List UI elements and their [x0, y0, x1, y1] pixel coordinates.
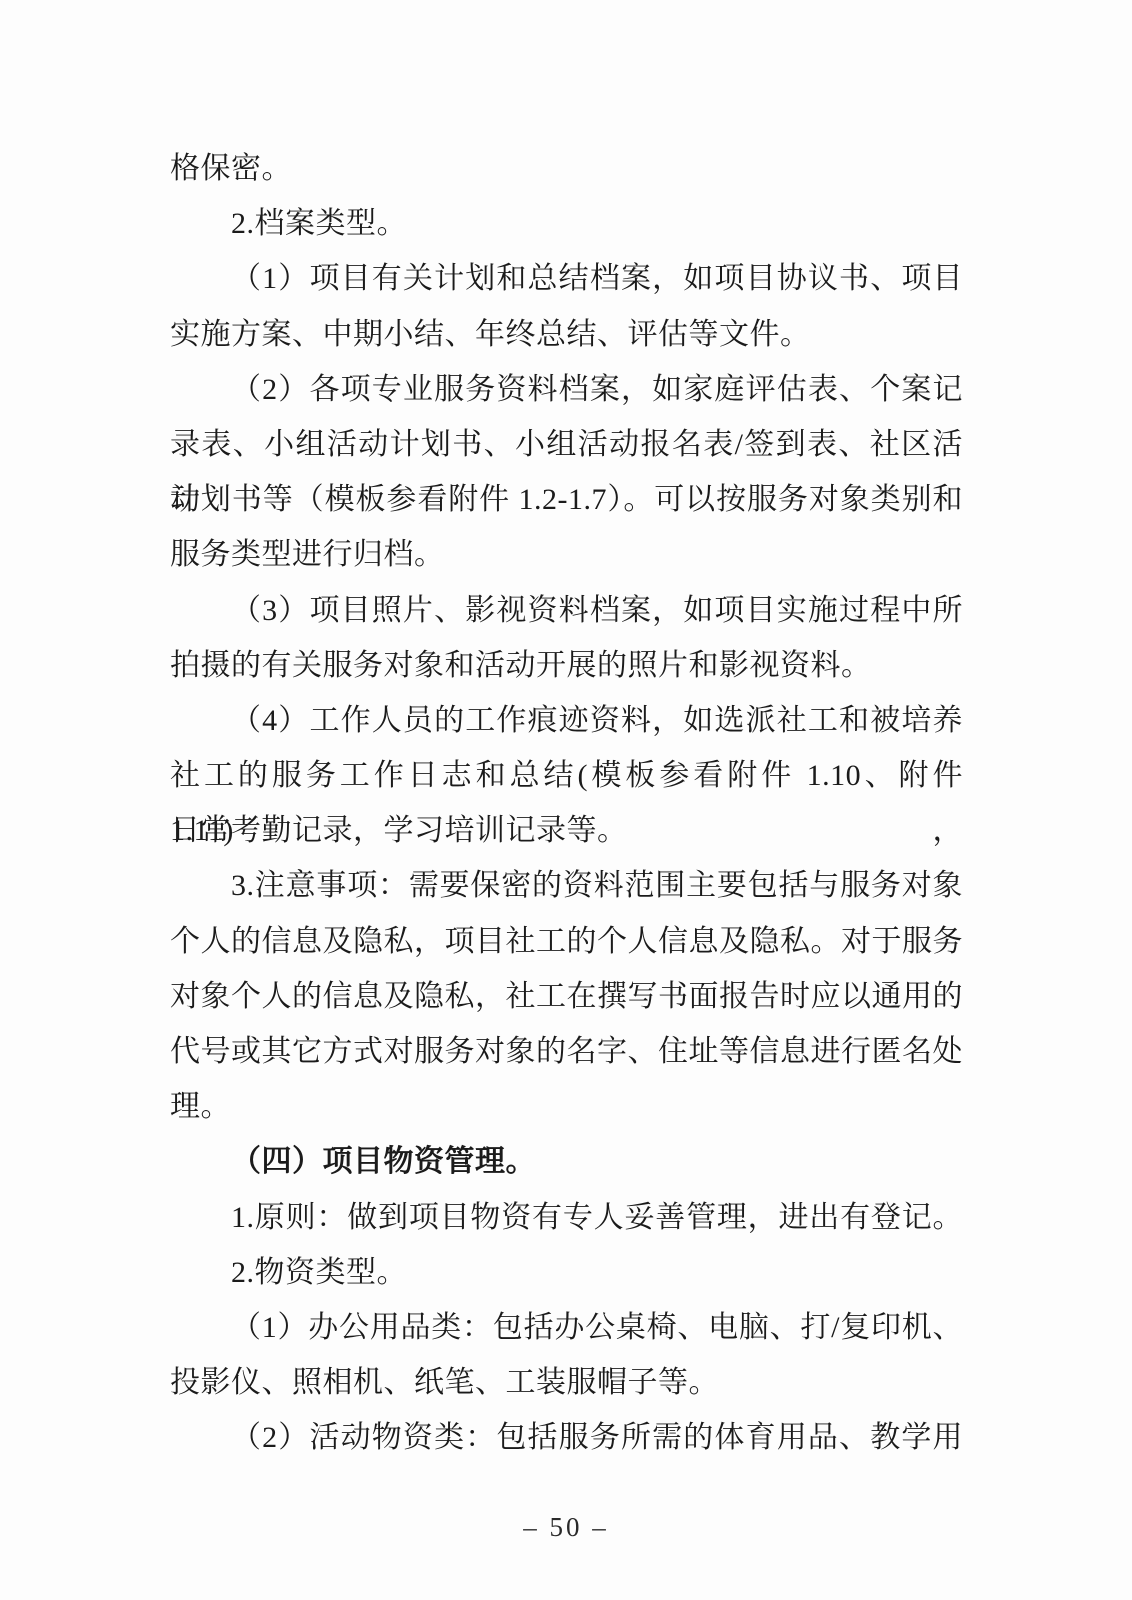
text-line: （四）项目物资管理。: [170, 1134, 963, 1189]
document-page: 格保密。2.档案类型。（1）项目有关计划和总结档案，如项目协议书、项目实施方案、…: [0, 0, 1132, 1600]
text-line: 拍摄的有关服务对象和活动开展的照片和影视资料。: [170, 638, 963, 693]
text-line: （2）各项专业服务资料档案，如家庭评估表、个案记: [170, 362, 963, 417]
text-line: （3）项目照片、影视资料档案，如项目实施过程中所: [170, 583, 963, 638]
text-line: （4）工作人员的工作痕迹资料，如选派社工和被培养: [170, 693, 963, 748]
text-line: （1）项目有关计划和总结档案，如项目协议书、项目: [170, 251, 963, 306]
text-line: 个人的信息及隐私，项目社工的个人信息及隐私。对于服务: [170, 914, 963, 969]
text-line: （2）活动物资类：包括服务所需的体育用品、教学用: [170, 1410, 963, 1465]
text-line: 录表、小组活动计划书、小组活动报名表/签到表、社区活动: [170, 417, 963, 472]
text-line: 代号或其它方式对服务对象的名字、住址等信息进行匿名处: [170, 1024, 963, 1079]
text-line: 2.物资类型。: [170, 1245, 963, 1300]
text-line: 社工的服务工作日志和总结(模板参看附件 1.10、附件 1.11)，: [170, 748, 963, 803]
text-line: 对象个人的信息及隐私，社工在撰写书面报告时应以通用的: [170, 969, 963, 1024]
text-line: 格保密。: [170, 141, 963, 196]
text-line: 3.注意事项：需要保密的资料范围主要包括与服务对象: [170, 858, 963, 913]
page-number: – 50 –: [0, 1512, 1132, 1543]
text-line: 实施方案、中期小结、年终总结、评估等文件。: [170, 307, 963, 362]
text-line: 投影仪、照相机、纸笔、工装服帽子等。: [170, 1355, 963, 1410]
text-line: （1）办公用品类：包括办公桌椅、电脑、打/复印机、: [170, 1300, 963, 1355]
text-line: 2.档案类型。: [170, 196, 963, 251]
text-line: 1.原则：做到项目物资有专人妥善管理，进出有登记。: [170, 1190, 963, 1245]
text-line: 服务类型进行归档。: [170, 527, 963, 582]
document-body-text: 格保密。2.档案类型。（1）项目有关计划和总结档案，如项目协议书、项目实施方案、…: [170, 141, 963, 1466]
text-line: 计划书等（模板参看附件 1.2-1.7）。可以按服务对象类别和: [170, 472, 963, 527]
text-line: 理。: [170, 1079, 963, 1134]
